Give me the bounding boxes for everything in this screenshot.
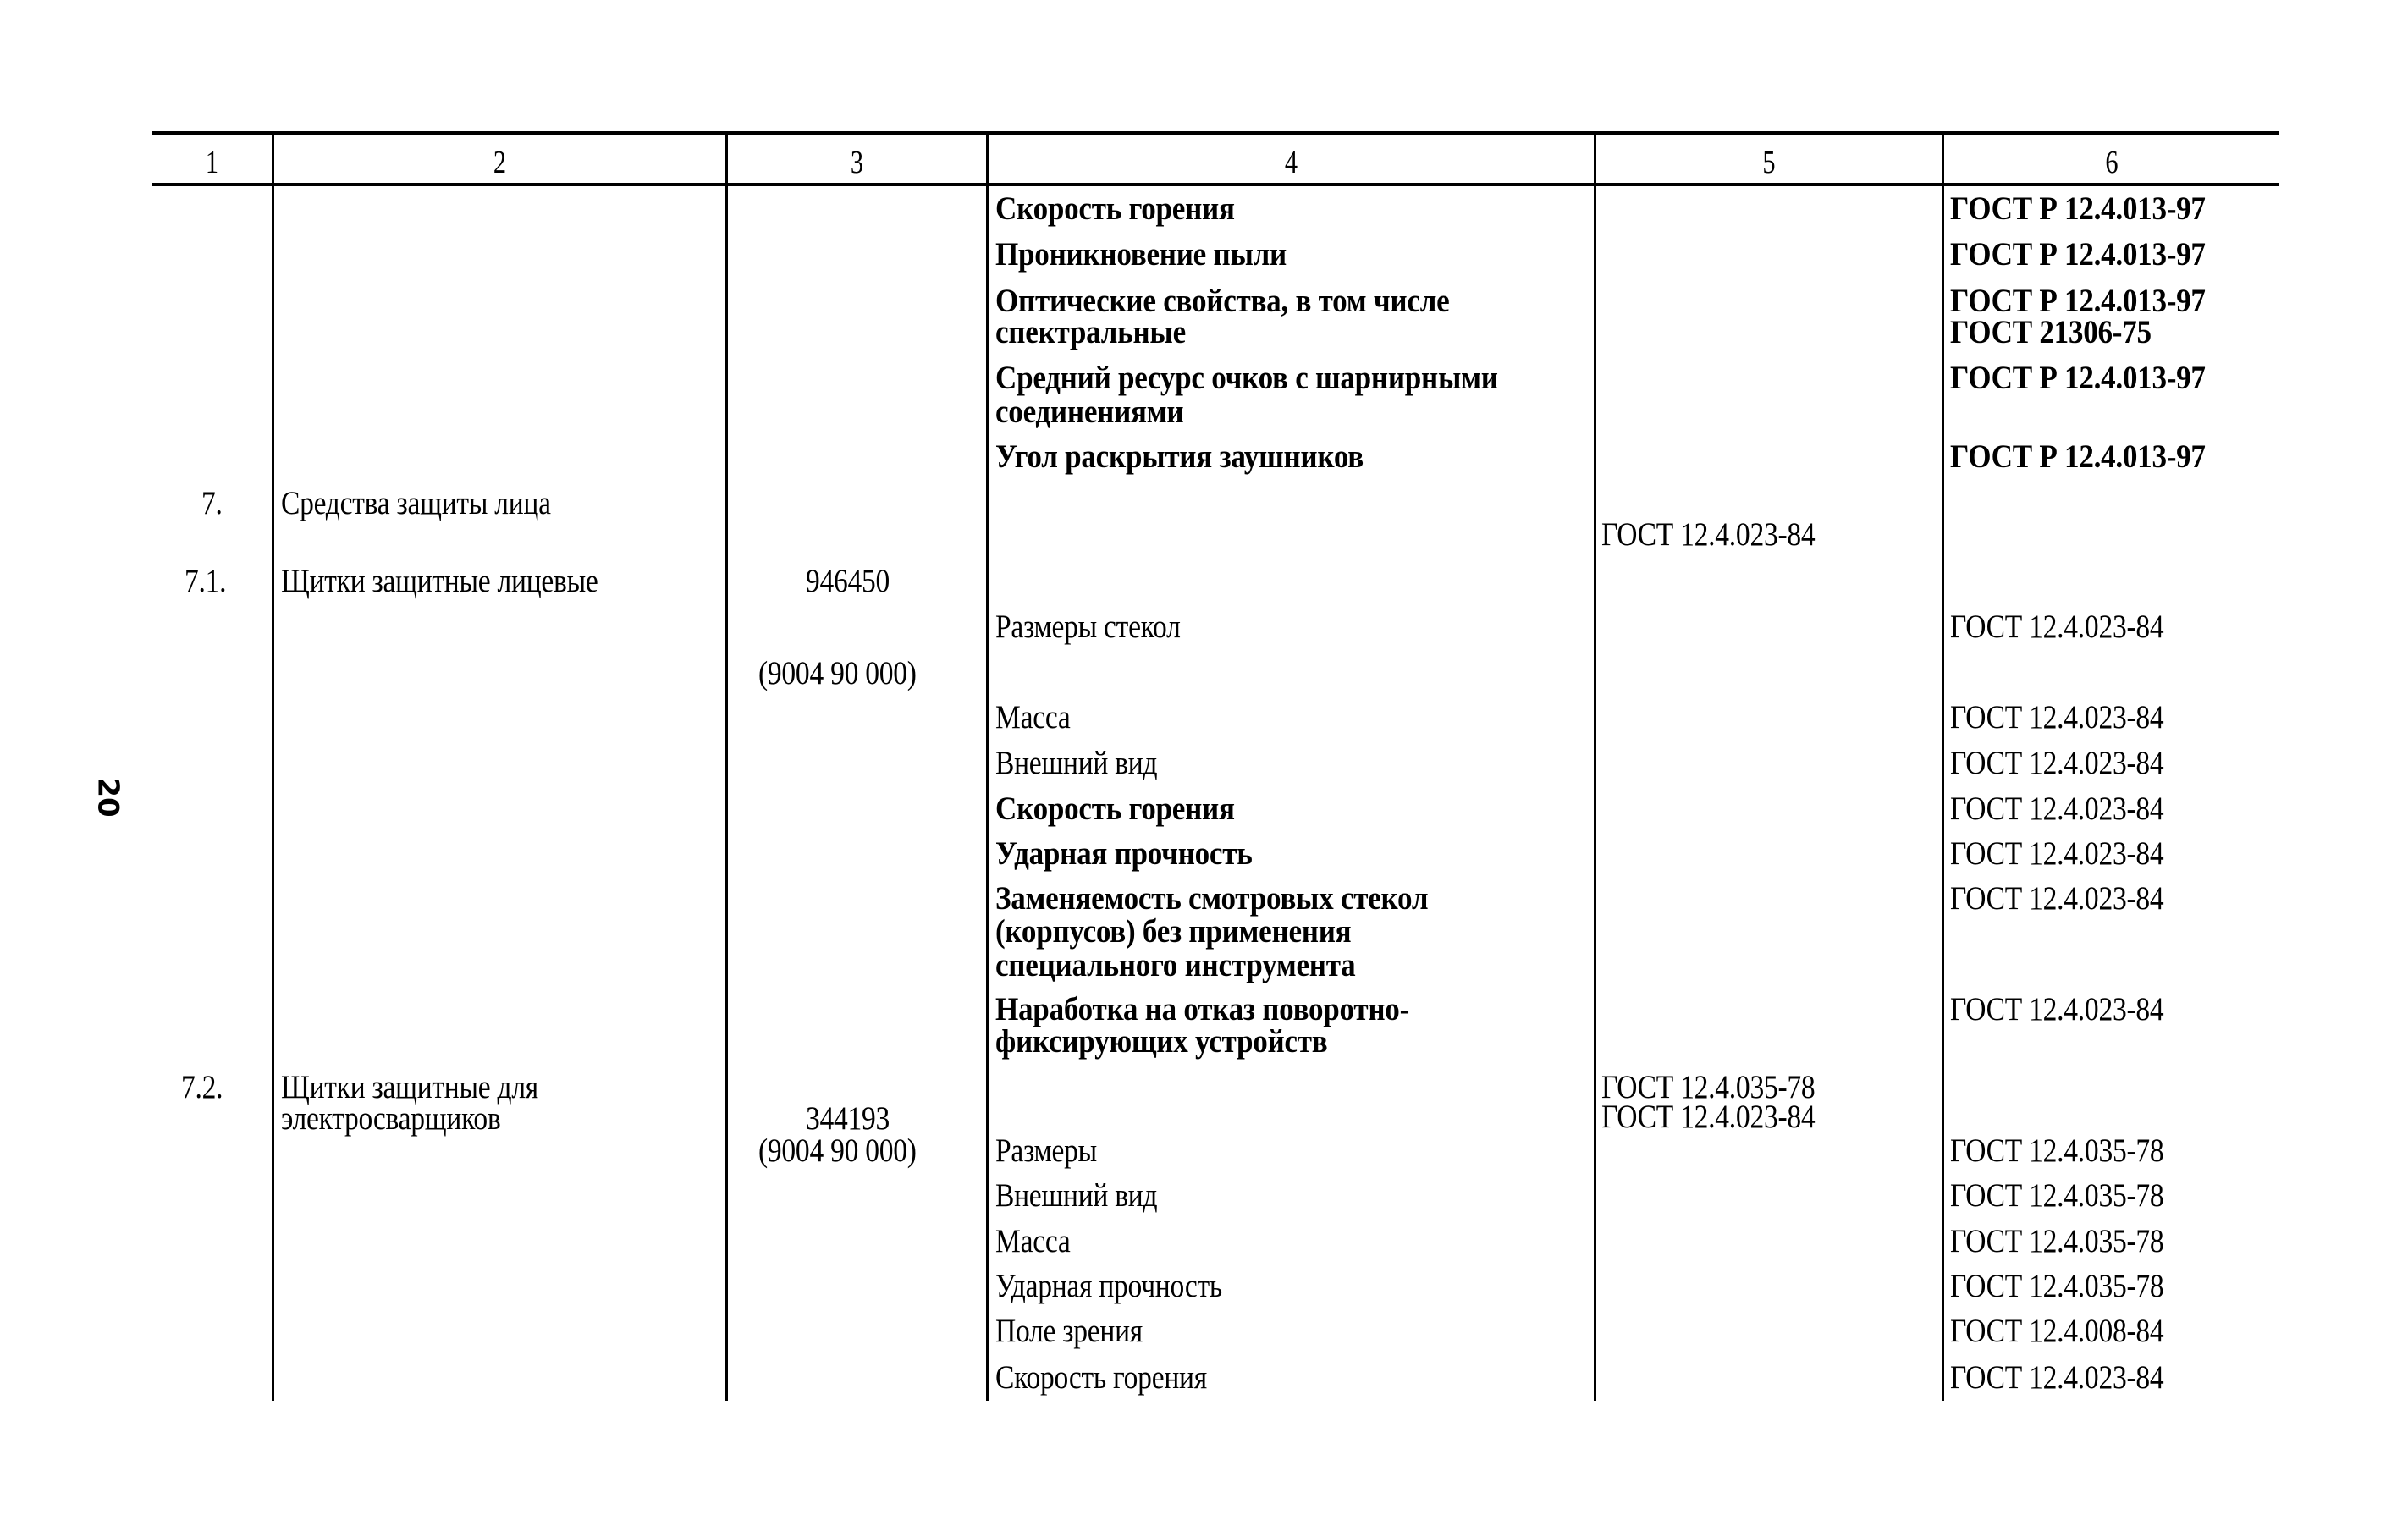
- product-code: 946450: [806, 565, 890, 598]
- col-divider-3: [986, 133, 989, 1401]
- standard-col6: ГОСТ 12.4.035-78: [1950, 1225, 2163, 1258]
- standard-col6: ГОСТ 12.4.023-84: [1950, 837, 2163, 870]
- standard-col6: ГОСТ 12.4.023-84: [1950, 993, 2163, 1026]
- param-cell: Проникновение пыли: [995, 238, 1287, 271]
- param-cell: Скорость горения: [995, 1361, 1207, 1394]
- product-code: 344193: [806, 1102, 890, 1135]
- header-col-2: 2: [319, 146, 680, 179]
- standard-col6: ГОСТ 12.4.035-78: [1950, 1134, 2163, 1167]
- param-cell: Скорость горения: [995, 792, 1235, 825]
- col-divider-2: [725, 133, 728, 1401]
- param-cell: Угол раскрытия заушников: [995, 440, 1364, 473]
- param-cell: специального инструмента: [995, 949, 1355, 982]
- param-cell: Ударная прочность: [995, 1270, 1222, 1303]
- row-number: 7.2.: [181, 1071, 223, 1104]
- param-cell: Оптические свойства, в том числе: [995, 284, 1449, 317]
- standard-col6: ГОСТ Р 12.4.013-97: [1950, 192, 2206, 225]
- product-code: (9004 90 000): [758, 657, 917, 690]
- param-cell: (корпусов) без применения: [995, 915, 1351, 948]
- header-col-5: 5: [1631, 146, 1907, 179]
- header-col-4: 4: [1050, 146, 1534, 179]
- param-cell: Ударная прочность: [995, 837, 1252, 870]
- standard-col6: ГОСТ 21306-75: [1950, 316, 2152, 349]
- standard-col5: ГОСТ 12.4.023-84: [1601, 1100, 1815, 1133]
- param-cell: фиксирующих устройств: [995, 1025, 1327, 1058]
- standard-col6: ГОСТ 12.4.023-84: [1950, 882, 2163, 915]
- param-cell: Внешний вид: [995, 746, 1157, 780]
- standard-col6: ГОСТ Р 12.4.013-97: [1950, 440, 2206, 473]
- param-cell: Внешний вид: [995, 1179, 1157, 1212]
- row-number: 7.: [201, 487, 223, 520]
- item-name: электросварщиков: [281, 1102, 501, 1135]
- param-cell: Скорость горения: [995, 192, 1235, 225]
- col-divider-1: [272, 133, 274, 1401]
- param-cell: Масса: [995, 1225, 1070, 1258]
- col-divider-4: [1594, 133, 1596, 1401]
- param-cell: Средний ресурс очков с шарнирными: [995, 361, 1498, 394]
- header-col-1: 1: [164, 146, 260, 179]
- standard-col6: ГОСТ 12.4.035-78: [1950, 1270, 2163, 1303]
- standard-col6: ГОСТ Р 12.4.013-97: [1950, 238, 2206, 271]
- param-cell: Масса: [995, 701, 1070, 734]
- standard-col6: ГОСТ 12.4.035-78: [1950, 1179, 2163, 1212]
- standard-col6: ГОСТ 12.4.023-84: [1950, 792, 2163, 825]
- param-cell: Размеры стекол: [995, 610, 1181, 643]
- param-cell: Поле зрения: [995, 1314, 1143, 1347]
- item-name: Средства защиты лица: [281, 487, 551, 520]
- item-name: Щитки защитные лицевые: [281, 565, 598, 598]
- document-page: 20 1 2 3 4 5 6 Скорость горения Проникно…: [0, 0, 2408, 1526]
- standard-col6: ГОСТ 12.4.023-84: [1950, 1361, 2163, 1394]
- row-number: 7.1.: [185, 565, 226, 598]
- param-cell: соединениями: [995, 395, 1183, 428]
- header-col-3: 3: [754, 146, 961, 179]
- standard-col6: ГОСТ Р 12.4.013-97: [1950, 361, 2206, 394]
- standard-col6: ГОСТ 12.4.023-84: [1950, 610, 2163, 643]
- standard-col5: ГОСТ 12.4.023-84: [1601, 518, 1815, 551]
- param-cell: Наработка на отказ поворотно-: [995, 993, 1409, 1026]
- param-cell: Размеры: [995, 1134, 1097, 1167]
- param-cell: спектральные: [995, 316, 1186, 349]
- standard-col6: ГОСТ 12.4.023-84: [1950, 746, 2163, 780]
- standard-col6: ГОСТ 12.4.023-84: [1950, 701, 2163, 734]
- param-cell: Заменяемость смотровых стекол: [995, 882, 1428, 915]
- header-col-6: 6: [1978, 146, 2246, 179]
- col-divider-5: [1942, 133, 1944, 1401]
- standard-col6: ГОСТ 12.4.008-84: [1950, 1314, 2163, 1347]
- item-name: Щитки защитные для: [281, 1071, 538, 1104]
- table-top-rule: [152, 131, 2279, 135]
- standard-col6: ГОСТ Р 12.4.013-97: [1950, 284, 2206, 317]
- page-number: 20: [91, 777, 125, 817]
- header-bottom-rule: [152, 183, 2279, 186]
- product-code: (9004 90 000): [758, 1134, 917, 1167]
